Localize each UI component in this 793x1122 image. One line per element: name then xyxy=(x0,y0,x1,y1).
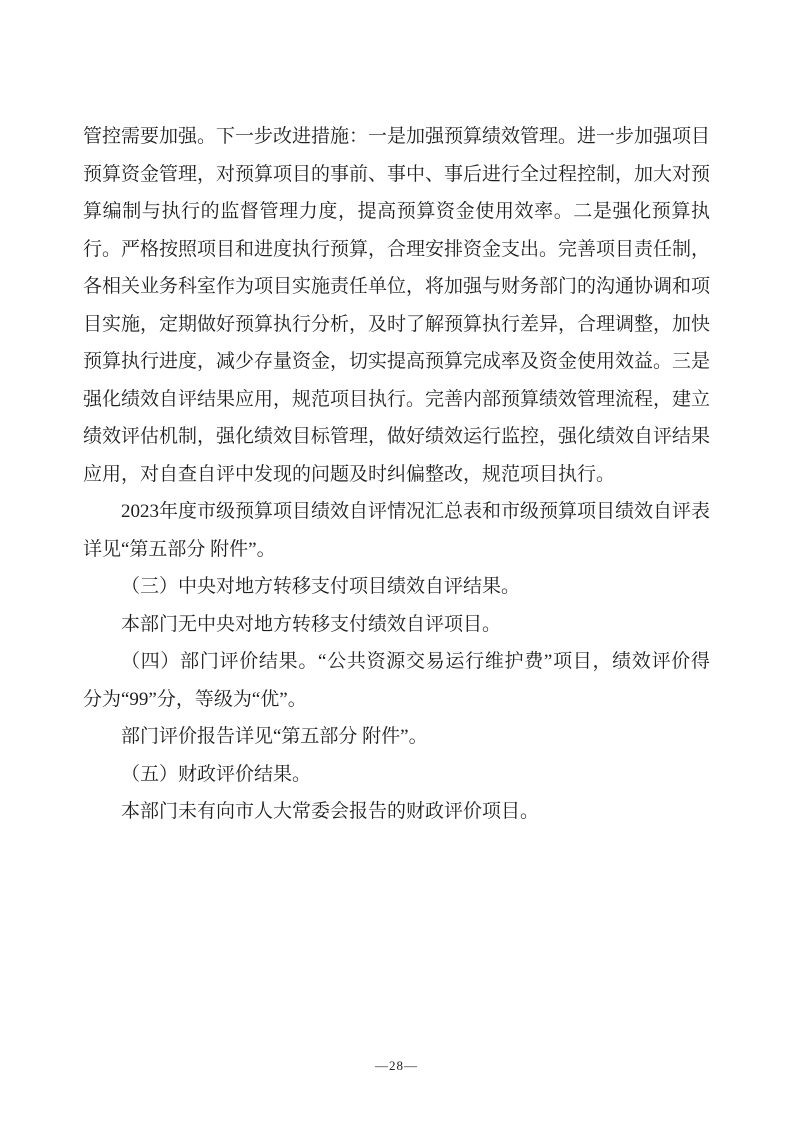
text-line: 预算执行进度，减少存量资金，切实提高预算完成率及资金使用效益。三是 xyxy=(83,343,710,381)
text-line: 详见“第五部分 附件”。 xyxy=(83,531,710,569)
text-line: 部门评价报告详见“第五部分 附件”。 xyxy=(83,718,710,756)
text-line: 绩效评估机制，强化绩效目标管理，做好绩效运行监控，强化绩效自评结果 xyxy=(83,418,710,456)
text-line: （四）部门评价结果。“公共资源交易运行维护费”项目，绩效评价得 xyxy=(83,643,710,681)
text-line: 分为“99”分，等级为“优”。 xyxy=(83,681,710,719)
text-line: （五）财政评价结果。 xyxy=(83,756,710,794)
text-line: 算编制与执行的监督管理力度，提高预算资金使用效率。二是强化预算执 xyxy=(83,193,710,231)
text-line: 行。严格按照项目和进度执行预算，合理安排资金支出。完善项目责任制， xyxy=(83,231,710,269)
document-page: 管控需要加强。下一步改进措施：一是加强预算绩效管理。进一步加强项目 预算资金管理… xyxy=(0,0,793,1122)
text-line: 应用，对自查自评中发现的问题及时纠偏整改，规范项目执行。 xyxy=(83,456,710,494)
text-line: 强化绩效自评结果应用，规范项目执行。完善内部预算绩效管理流程，建立 xyxy=(83,381,710,419)
text-line: （三）中央对地方转移支付项目绩效自评结果。 xyxy=(83,568,710,606)
text-line: 各相关业务科室作为项目实施责任单位，将加强与财务部门的沟通协调和项 xyxy=(83,268,710,306)
text-line: 2023年度市级预算项目绩效自评情况汇总表和市级预算项目绩效自评表 xyxy=(83,493,710,531)
text-line: 管控需要加强。下一步改进措施：一是加强预算绩效管理。进一步加强项目 xyxy=(83,118,710,156)
document-body: 管控需要加强。下一步改进措施：一是加强预算绩效管理。进一步加强项目 预算资金管理… xyxy=(83,118,710,831)
page-footer: —28— xyxy=(0,1058,793,1074)
page-number: —28— xyxy=(375,1058,418,1073)
text-line: 目实施，定期做好预算执行分析，及时了解预算执行差异，合理调整，加快 xyxy=(83,306,710,344)
text-line: 预算资金管理，对预算项目的事前、事中、事后进行全过程控制，加大对预 xyxy=(83,156,710,194)
text-line: 本部门未有向市人大常委会报告的财政评价项目。 xyxy=(83,793,710,831)
text-line: 本部门无中央对地方转移支付绩效自评项目。 xyxy=(83,606,710,644)
